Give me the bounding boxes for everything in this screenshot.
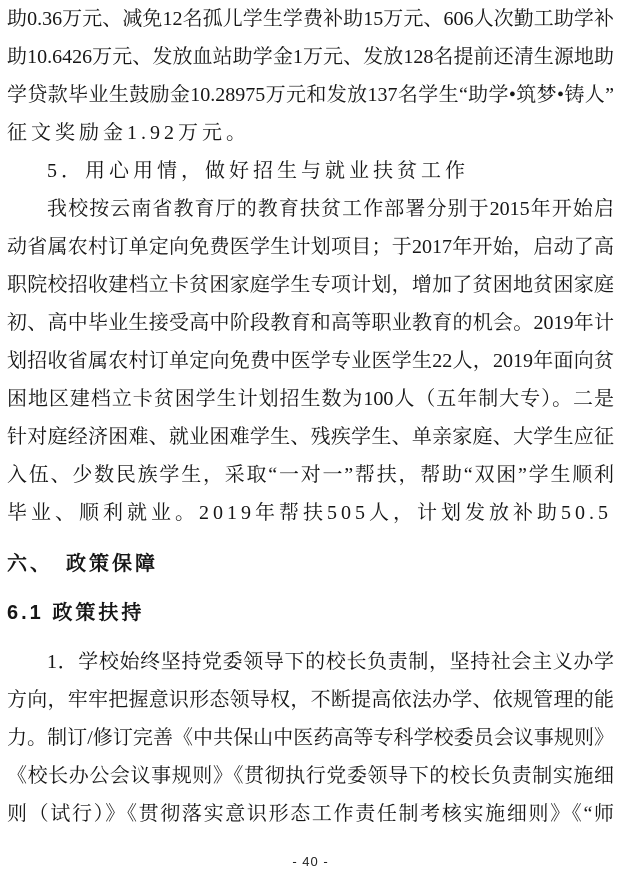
text-line: 初、高中毕业生接受高中阶段教育和高等职业教育的机会。2019年计 xyxy=(7,304,614,342)
text-line: 针对庭经济困难、就业困难学生、残疾学生、单亲家庭、大学生应征 xyxy=(7,418,614,456)
page-number: - 40 - xyxy=(7,852,614,872)
text-line: 动省属农村订单定向免费医学生计划项目；于2017年开始，启动了高 xyxy=(7,228,614,266)
text-line: 《校长办公会议事规则》《贯彻执行党委领导下的校长负责制实施细 xyxy=(7,757,614,795)
text-line: 毕业、顺利就业。2019年帮扶505人，计划发放补助50.5万元。 xyxy=(7,494,614,532)
paragraph-enrollment-employment: 我校按云南省教育厅的教育扶贫工作部署分别于2015年开始启 动省属农村订单定向免… xyxy=(7,190,614,532)
text-line: 1．学校始终坚持党委领导下的校长负责制，坚持社会主义办学 xyxy=(7,643,614,681)
text-line: 则（试行）》《贯彻落实意识形态工作责任制考核实施细则》《“师 xyxy=(7,795,614,833)
item-5-heading: 5．用心用情，做好招生与就业扶贫工作 xyxy=(7,152,614,190)
text-line: 助0.36万元、减免12名孤儿学生学费补助15万元、606人次勤工助学补 xyxy=(7,0,614,38)
document-page: 助0.36万元、减免12名孤儿学生学费补助15万元、606人次勤工助学补 助10… xyxy=(0,0,620,875)
section-heading-policy-guarantee: 六、 政策保障 xyxy=(7,545,614,583)
text-line: 助10.6426万元、发放血站助学金1万元、发放128名提前还清生源地助 xyxy=(7,38,614,76)
text-line: 我校按云南省教育厅的教育扶贫工作部署分别于2015年开始启 xyxy=(7,190,614,228)
text-line: 方向，牢牢把握意识形态领导权，不断提高依法办学、依规管理的能 xyxy=(7,681,614,719)
text-line: 学贷款毕业生鼓励金10.28975万元和发放137名学生“助学•筑梦•铸人” xyxy=(7,76,614,114)
text-line: 征文奖励金1.92万元。 xyxy=(7,114,614,152)
text-line: 力。制订/修订完善《中共保山中医药高等专科学校委员会议事规则》 xyxy=(7,719,614,757)
text-line: 划招收省属农村订单定向免费中医学专业医学生22人，2019年面向贫 xyxy=(7,342,614,380)
subsection-heading-policy-support: 6.1 政策扶持 xyxy=(7,594,614,632)
text-line: 入伍、少数民族学生，采取“一对一”帮扶，帮助“双困”学生顺利 xyxy=(7,456,614,494)
text-line: 困地区建档立卡贫困学生计划招生数为100人（五年制大专）。二是 xyxy=(7,380,614,418)
text-line: 职院校招收建档立卡贫困家庭学生专项计划，增加了贫困地贫困家庭 xyxy=(7,266,614,304)
paragraph-student-aid: 助0.36万元、减免12名孤儿学生学费补助15万元、606人次勤工助学补 助10… xyxy=(7,0,614,152)
paragraph-policy-support: 1．学校始终坚持党委领导下的校长负责制，坚持社会主义办学 方向，牢牢把握意识形态… xyxy=(7,643,614,833)
